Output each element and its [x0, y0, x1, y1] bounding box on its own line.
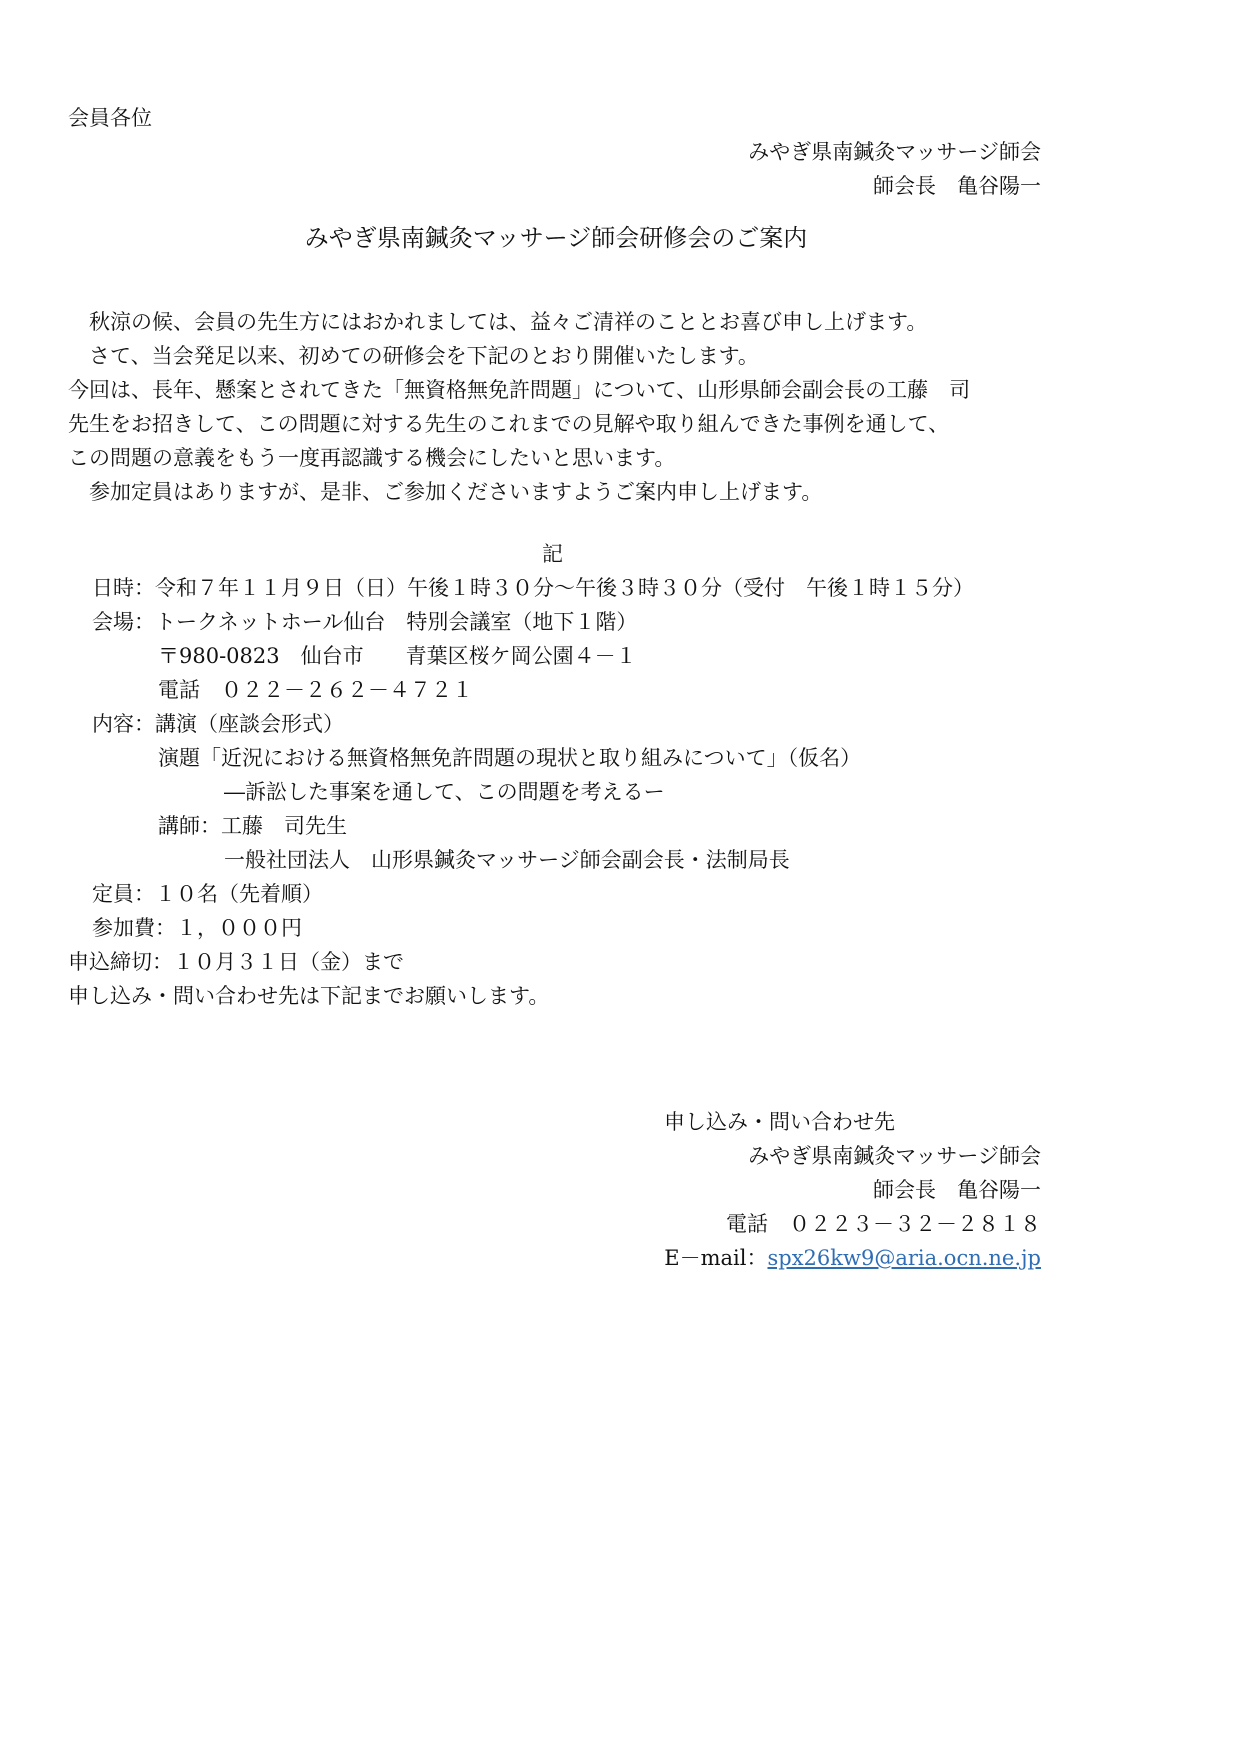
page-title: みやぎ県南鍼灸マッサージ師会研修会のご案内 — [0, 220, 1112, 256]
detail-venue-phone: 電話 ０２２－２６２－４７２１ — [158, 672, 473, 708]
body-line: さて、当会発足以来、初めての研修会を下記のとおり開催いたします。 — [68, 338, 759, 374]
body-line: 参加定員はありますが、是非、ご参加くださいますようご案内申し上げます。 — [68, 474, 822, 510]
detail-datetime: 日時：令和７年１１月９日（日）午後１時３０分～午後３時３０分（受付 午後１時１５… — [92, 570, 974, 606]
detail-lecturer: 講師：工藤 司先生 — [158, 808, 347, 844]
contact-heading: 申し込み・問い合わせ先 — [664, 1104, 895, 1140]
detail-deadline: 申込締切：１０月３１日（金）まで — [68, 944, 404, 980]
ki-heading: 記 — [542, 536, 563, 572]
detail-capacity: 定員：１０名（先着順） — [92, 876, 323, 912]
contact-email-row: E－mail：spx26kw9@aria.ocn.ne.jp — [664, 1240, 1041, 1276]
addressee: 会員各位 — [68, 100, 152, 136]
body-line: 今回は、長年、懸案とされてきた「無資格無免許問題」について、山形県師会副会長の工… — [68, 372, 970, 408]
body-line: 秋涼の候、会員の先生方にはおかれましては、益々ご清祥のこととお喜び申し上げます。 — [68, 304, 927, 340]
email-label: E－mail： — [664, 1246, 767, 1270]
detail-subtitle: ―訴訟した事案を通して、この問題を考えるー — [224, 774, 665, 810]
detail-lecturer-affiliation: 一般社団法人 山形県鍼灸マッサージ師会副会長・法制局長 — [224, 842, 790, 878]
body-line: 先生をお招きして、この問題に対する先生のこれまでの見解や取り組んできた事例を通し… — [68, 406, 949, 442]
detail-inquiry-note: 申し込み・問い合わせ先は下記までお願いします。 — [68, 978, 549, 1014]
detail-fee: 参加費：１，０００円 — [92, 910, 302, 946]
contact-phone: 電話 ０２２３－３２－２８１８ — [726, 1206, 1041, 1242]
detail-content: 内容：講演（座談会形式） — [92, 706, 344, 742]
body-line: この問題の意義をもう一度再認識する機会にしたいと思います。 — [68, 440, 675, 476]
contact-president: 師会長 亀谷陽一 — [873, 1172, 1041, 1208]
detail-address: 〒980-0823 仙台市 青葉区桜ケ岡公園４－１ — [158, 638, 637, 674]
sender-president: 師会長 亀谷陽一 — [873, 168, 1041, 204]
detail-topic: 演題「近況における無資格無免許問題の現状と取り組みについて」（仮名） — [158, 740, 861, 776]
detail-venue: 会場：トークネットホール仙台 特別会議室（地下１階） — [92, 604, 637, 640]
sender-organization: みやぎ県南鍼灸マッサージ師会 — [748, 134, 1041, 170]
contact-organization: みやぎ県南鍼灸マッサージ師会 — [748, 1138, 1041, 1174]
email-link[interactable]: spx26kw9@aria.ocn.ne.jp — [767, 1246, 1041, 1270]
